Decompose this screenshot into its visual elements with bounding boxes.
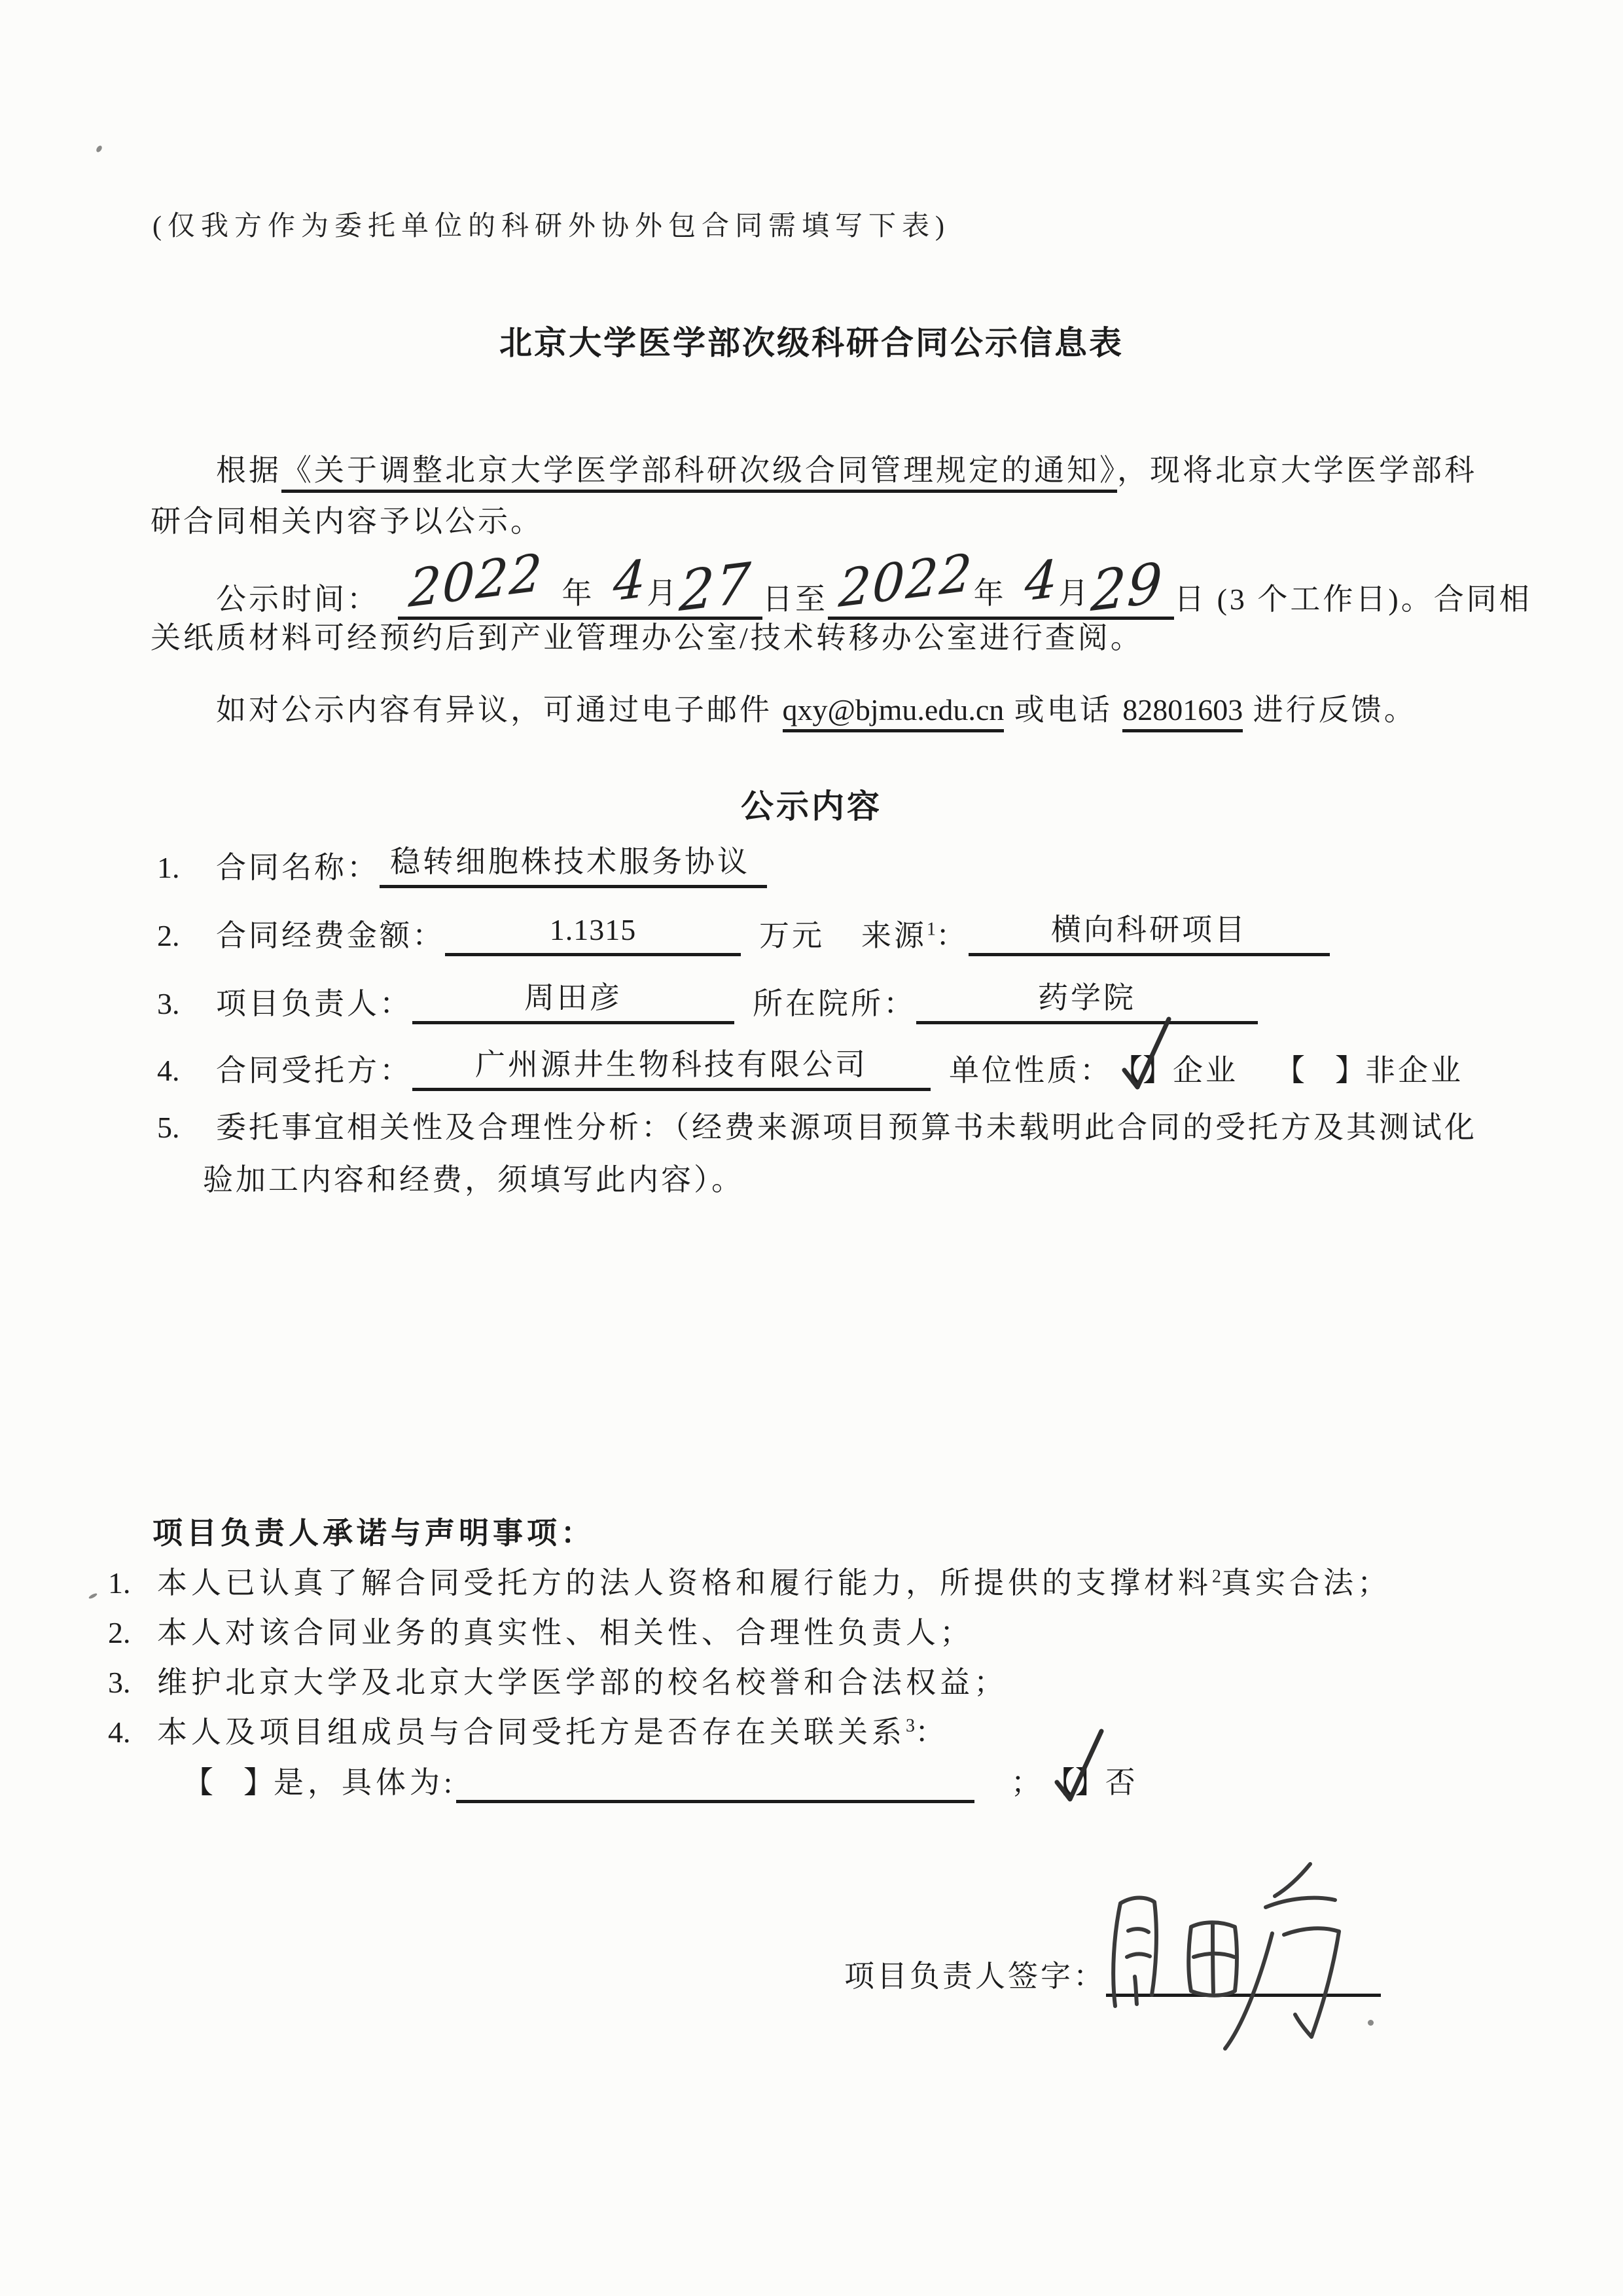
item-number: 1.: [157, 848, 216, 888]
relation-separator: ；: [1011, 1766, 1045, 1799]
item-number: 3.: [108, 1662, 157, 1703]
pi-field: 周田彦: [412, 978, 734, 1024]
contract-name-row: 1.合同名称：稳转细胞株技术服务协议: [157, 842, 767, 888]
decl-1-superscript: 2: [1212, 1567, 1221, 1587]
check-mark-icon: [1116, 1013, 1173, 1096]
intro-prefix: 根据: [216, 454, 281, 487]
intro-line-1: 根据《关于调整北京大学医学部科研次级合同管理规定的通知》，现将北京大学医学部科: [216, 450, 1477, 491]
dept-value: 药学院: [1038, 981, 1136, 1014]
feedback-email: qxy@bjmu.edu.cn: [783, 693, 1005, 732]
intro-notice-title: 《关于调整北京大学医学部科研次级合同管理规定的通知》: [281, 454, 1117, 493]
declaration-heading: 项目负责人承诺与声明事项：: [152, 1513, 595, 1554]
month-char: 月: [647, 577, 679, 610]
checkbox-enterprise: 【】: [1113, 1050, 1173, 1091]
feedback-phone: 82801603: [1122, 693, 1243, 732]
analysis-row: 5.委托事宜相关性及合理性分析：（经费来源项目预算书未载明此合同的受托方及其测试…: [157, 1107, 1477, 1148]
end-year-char: 年: [974, 577, 1007, 610]
feedback-line: 如对公示内容有异议，可通过电子邮件 qxy@bjmu.edu.cn 或电话 82…: [216, 690, 1417, 730]
page-title: 北京大学医学部次级科研合同公示信息表: [0, 317, 1623, 364]
declaration-item-2: 2.本人对该合同业务的真实性、相关性、合理性负责人；: [108, 1613, 974, 1653]
intro-line-2: 研合同相关内容予以公示。: [151, 501, 543, 542]
period-label: 公示时间：: [216, 583, 380, 616]
trustee-row: 4.合同受托方：广州源井生物科技有限公司单位性质：【】企业【 】非企业: [157, 1045, 1463, 1091]
amount-unit: 万元: [759, 919, 825, 952]
amount-value: 1.1315: [550, 913, 637, 946]
feedback-middle: 或电话: [1004, 693, 1122, 726]
trustee-field: 广州源井生物科技有限公司: [412, 1045, 931, 1091]
no-label: 否: [1105, 1766, 1139, 1799]
publicity-period-line: 公示时间：2022年4月27日至2022年4月29日 (3 个工作日)。合同相: [216, 560, 1532, 620]
item-number: 2.: [157, 916, 216, 956]
source-colon: ：: [936, 919, 969, 952]
decl-1-post: 真实合法；: [1221, 1566, 1391, 1600]
yes-label: 是，具体为:: [274, 1766, 456, 1799]
decl-4-post: ：: [915, 1715, 949, 1749]
bracket-open: 【: [183, 1766, 213, 1799]
trustee-value: 广州源井生物科技有限公司: [475, 1048, 868, 1081]
enterprise-label: 企业: [1173, 1054, 1238, 1087]
pi-row: 3.项目负责人：周田彦所在院所：药学院: [157, 978, 1258, 1024]
scan-speck: [95, 145, 103, 153]
analysis-line-2: 验加工内容和经费，须填写此内容）。: [203, 1160, 744, 1200]
bracket-close: 】: [1335, 1054, 1365, 1087]
non-enterprise-label: 非企业: [1365, 1054, 1463, 1087]
feedback-prefix: 如对公示内容有异议，可通过电子邮件: [216, 693, 783, 726]
decl-4-text: 本人及项目组成员与合同受托方是否存在关联关系: [157, 1715, 906, 1749]
signature-label: 项目负责人签字：: [844, 1960, 1106, 1993]
source-value: 横向科研项目: [1051, 913, 1247, 946]
publicity-period-line-2: 关纸质材料可经预约后到产业管理办公室/技术转移办公室进行查阅。: [151, 618, 1143, 658]
source-field: 横向科研项目: [969, 910, 1330, 956]
contract-name-label: 合同名称：: [216, 851, 380, 884]
declaration-item-1: 1.本人已认真了解合同受托方的法人资格和履行能力，所提供的支撑材料2真实合法；: [108, 1563, 1391, 1604]
decl-4-superscript: 3: [906, 1716, 915, 1736]
relation-detail-field: [456, 1759, 974, 1803]
period-tail: 日 (3 个工作日)。合同相: [1174, 583, 1532, 616]
top-note: (仅我方作为委托单位的科研外协外包合同需填写下表): [152, 204, 950, 243]
scanned-form-page: (仅我方作为委托单位的科研外协外包合同需填写下表) 北京大学医学部次级科研合同公…: [0, 0, 1623, 2296]
trustee-label: 合同受托方：: [216, 1054, 412, 1087]
checkbox-non-enterprise: 【 】: [1275, 1050, 1365, 1091]
end-year-handwritten: 2022: [838, 550, 974, 613]
period-start-field: 2022年4月27: [398, 560, 762, 620]
end-month-char: 月: [1058, 577, 1091, 610]
declaration-item-4: 4.本人及项目组成员与合同受托方是否存在关联关系3：: [108, 1712, 949, 1753]
scan-speck: [1368, 2020, 1374, 2026]
analysis-line-1: 委托事宜相关性及合理性分析：（经费来源项目预算书未载明此合同的受托方及其测试化: [216, 1111, 1477, 1144]
dept-label: 所在院所：: [753, 987, 916, 1020]
bracket-space: [213, 1766, 243, 1799]
end-month-handwritten: 4: [1024, 556, 1060, 606]
feedback-suffix: 进行反馈。: [1243, 693, 1417, 726]
intro-suffix: ，现将北京大学医学部科: [1117, 454, 1477, 487]
content-section-heading: 公示内容: [0, 780, 1623, 827]
pi-label: 项目负责人：: [216, 987, 412, 1020]
year-char: 年: [562, 577, 595, 610]
day-to-text: 日至: [762, 583, 828, 616]
item-number: 5.: [157, 1107, 216, 1148]
checkbox-yes: 【 】: [183, 1763, 274, 1803]
decl-3-text: 维护北京大学及北京大学医学部的校名校誉和合法权益；: [157, 1666, 1008, 1699]
amount-field: 1.1315: [445, 910, 741, 956]
bracket-open: 【: [1275, 1054, 1305, 1087]
decl-2-text: 本人对该合同业务的真实性、相关性、合理性负责人；: [157, 1616, 974, 1649]
item-number: 4.: [108, 1712, 157, 1753]
item-number: 3.: [157, 984, 216, 1024]
start-day-handwritten: 27: [679, 558, 753, 617]
nature-label: 单位性质：: [949, 1054, 1113, 1087]
item-number: 4.: [157, 1050, 216, 1091]
pi-value: 周田彦: [524, 981, 622, 1014]
scan-speck: [88, 1592, 98, 1600]
bracket-close: 】: [243, 1766, 274, 1799]
item-number: 2.: [108, 1613, 157, 1653]
checkbox-no: 【】: [1045, 1763, 1105, 1803]
check-mark-icon: [1049, 1725, 1105, 1808]
amount-label: 合同经费金额：: [216, 919, 445, 952]
decl-1-text: 本人已认真了解合同受托方的法人资格和履行能力，所提供的支撑材料: [157, 1566, 1212, 1600]
contract-name-value: 稳转细胞株技术服务协议: [390, 845, 750, 878]
source-label: 来源: [861, 919, 927, 952]
pi-signature-handwriting: [1080, 1859, 1381, 2075]
declaration-item-3: 3.维护北京大学及北京大学医学部的校名校誉和合法权益；: [108, 1662, 1008, 1703]
bracket-space: [1305, 1054, 1335, 1087]
period-end-field: 2022年4月29: [828, 560, 1174, 620]
start-month-handwritten: 4: [612, 556, 648, 606]
end-day-handwritten: 29: [1090, 558, 1165, 617]
item-number: 1.: [108, 1563, 157, 1604]
source-superscript: 1: [927, 920, 936, 940]
dept-field: 药学院: [916, 978, 1258, 1024]
contract-name-field: 稳转细胞株技术服务协议: [380, 842, 767, 888]
contract-amount-row: 2.合同经费金额：1.1315万元来源1：横向科研项目: [157, 910, 1330, 956]
start-year-handwritten: 2022: [408, 550, 544, 613]
relation-line: 【 】是，具体为:；【】否: [183, 1759, 1139, 1803]
